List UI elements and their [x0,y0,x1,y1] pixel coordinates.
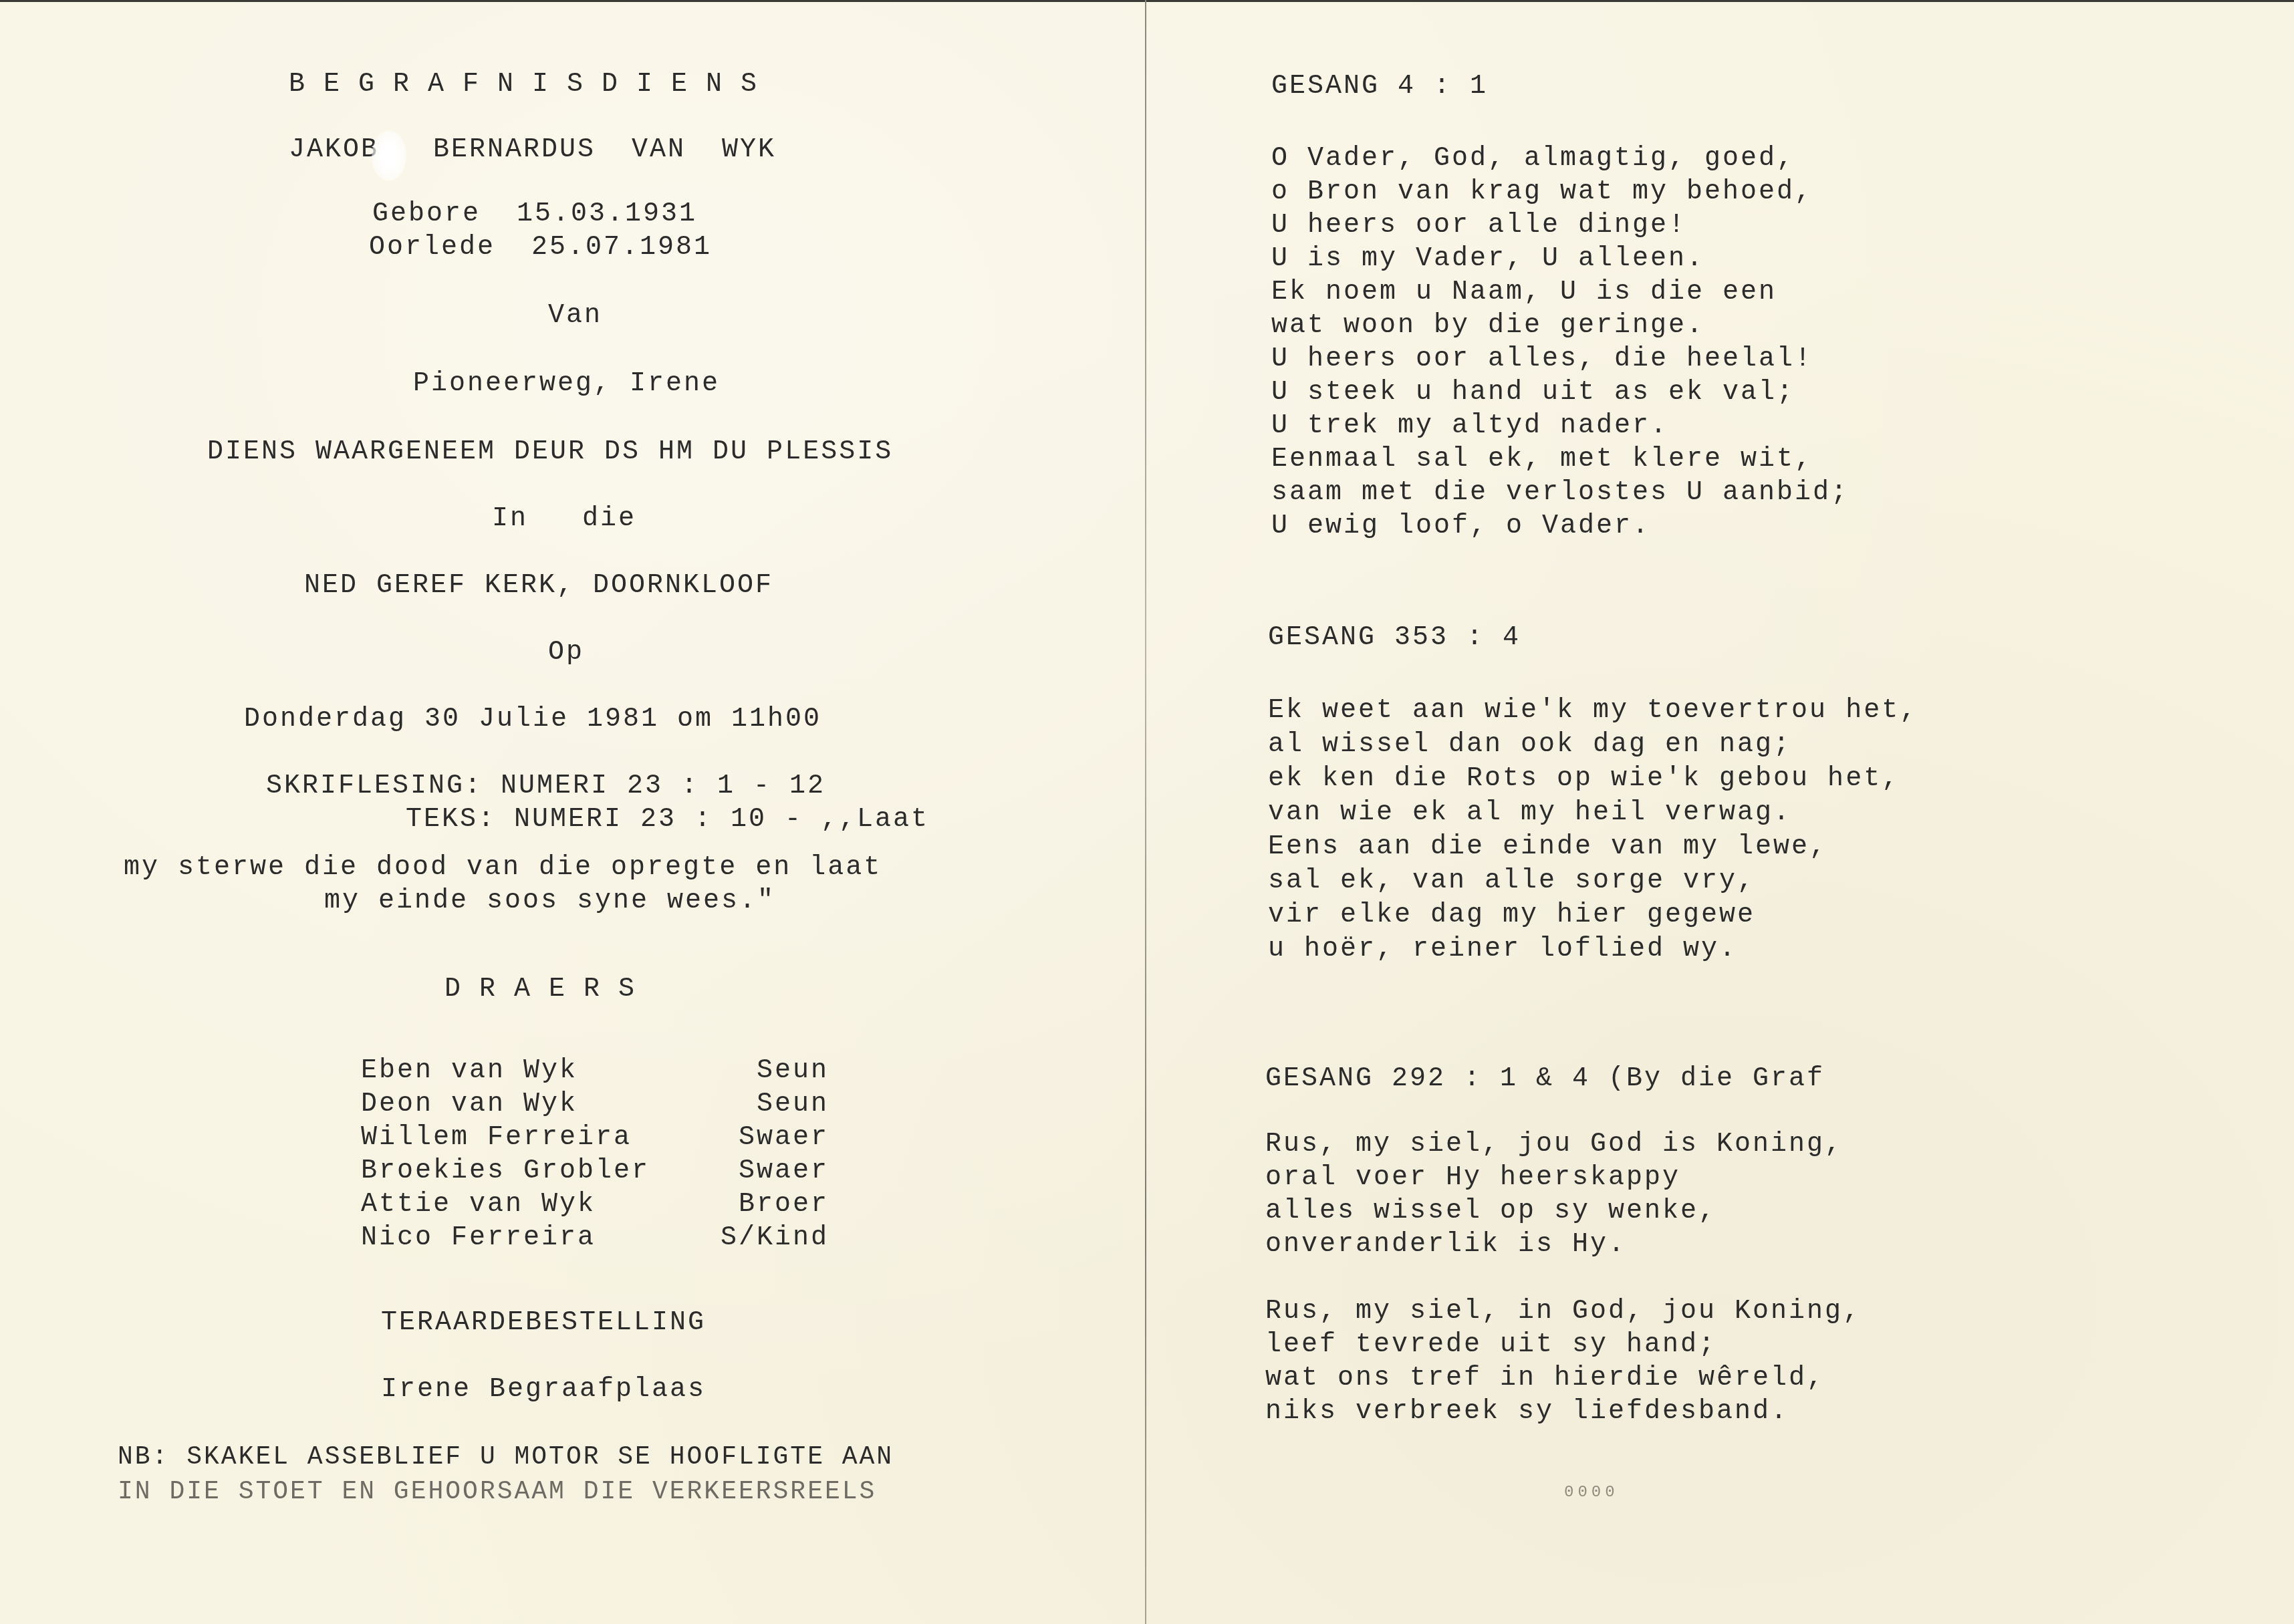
officiating-minister: DIENS WAARGENEEM DEUR DS HM DU PLESSIS [207,436,893,469]
bearer-row: Broekies GroblerSwaer [361,1155,829,1188]
deceased-name: JAKOB BERNARDUS VAN WYK [289,134,776,167]
hymn-title: GESANG 353 : 4 [1268,622,1918,655]
bearer-relation: Broer [739,1188,829,1222]
hymn: GESANG 292 : 1 & 4 (By die GrafRus, my s… [1265,1063,1861,1462]
verse-line: Ek noem u Naam, U is die een [1271,276,1849,309]
verse-line: niks verbreek sy liefdesband. [1265,1395,1861,1429]
traffic-notice-line-1: NB: SKAKEL ASSEBLIEF U MOTOR SE HOOFLIGT… [118,1441,894,1474]
verse-line: ek ken die Rots op wie'k gebou het, [1268,762,1918,796]
verse-line: U is my Vader, U alleen. [1271,243,1849,276]
bearer-row: Eben van WykSeun [361,1055,829,1088]
end-mark: 0000 [1564,1484,1619,1502]
bearer-relation: S/Kind [721,1222,829,1255]
verse-line: oral voer Hy heerskappy [1265,1162,1861,1195]
verse-line: Rus, my siel, jou God is Koning, [1265,1128,1861,1162]
left-page: BEGRAFNISDIENS JAKOB BERNARDUS VAN WYK G… [0,0,1145,1624]
correction-fluid-mark [372,130,406,181]
verse-line: sal ek, van alle sorge vry, [1268,864,1918,898]
document-title: BEGRAFNISDIENS [289,68,775,102]
verse-line: Ek weet aan wie'k my toevertrou het, [1268,694,1918,728]
verse-line: wat ons tref in hierdie wêreld, [1265,1362,1861,1395]
verse-line: O Vader, God, almagtig, goed, [1271,142,1849,176]
sermon-quote-line-2: my einde soos syne wees." [324,885,775,918]
bearer-row: Deon van WykSeun [361,1088,829,1121]
hymn: GESANG 353 : 4Ek weet aan wie'k my toeve… [1268,622,1918,1000]
verse-line: alles wissel op sy wenke, [1265,1195,1861,1228]
burial-heading: TERAARDEBESTELLING [381,1307,706,1340]
verse-line: U heers oor alles, die heelal! [1271,343,1849,376]
bearer-relation: Seun [757,1055,829,1088]
verse-line: van wie ek al my heil verwag. [1268,796,1918,830]
service-datetime: Donderdag 30 Julie 1981 om 11h00 [244,703,821,736]
verse-line: U trek my altyd nader. [1271,410,1849,443]
from-label: Van [548,299,602,333]
bearer-row: Nico FerreiraS/Kind [361,1222,829,1255]
hymn-title: GESANG 4 : 1 [1271,70,1849,104]
bearer-name: Attie van Wyk [361,1188,596,1222]
died-date: 25.07.1981 [531,233,712,263]
verse-line: U steek u hand uit as ek val; [1271,376,1849,410]
bearer-name: Eben van Wyk [361,1055,578,1088]
bearer-name: Broekies Grobler [361,1155,650,1188]
verse-line: U ewig loof, o Vader. [1271,510,1849,543]
died-label: Oorlede [369,233,495,263]
cemetery-name: Irene Begraafplaas [381,1373,706,1407]
birth-line: Gebore 15.03.1931 [372,198,697,231]
verse-line: al wissel dan ook dag en nag; [1268,728,1918,762]
hymn-verse: Ek weet aan wie'k my toevertrou het,al w… [1268,694,1918,966]
bearer-name: Willem Ferreira [361,1121,632,1155]
hymn: GESANG 4 : 1O Vader, God, almagtig, goed… [1271,70,1849,577]
bearers-heading: DRAERS [444,973,653,1006]
death-line: Oorlede 25.07.1981 [369,231,712,265]
verse-line: Rus, my siel, in God, jou Koning, [1265,1295,1861,1329]
verse-line: saam met die verlostes U aanbid; [1271,477,1849,510]
in-label: In die [492,503,636,536]
verse-line: vir elke dag my hier gegewe [1268,898,1918,932]
bearer-relation: Swaer [739,1121,829,1155]
document-sheet: BEGRAFNISDIENS JAKOB BERNARDUS VAN WYK G… [0,0,2294,1624]
bearers-list: Eben van WykSeunDeon van WykSeunWillem F… [361,1055,829,1255]
on-label: Op [548,636,584,670]
traffic-notice-line-2: IN DIE STOET EN GEHOORSAAM DIE VERKEERSR… [118,1476,876,1509]
born-date: 15.03.1931 [517,199,697,229]
verse-line: o Bron van krag wat my behoed, [1271,176,1849,209]
sermon-text-reference: TEKS: NUMERI 23 : 10 - ,,Laat [406,803,929,837]
verse-line: U heers oor alle dinge! [1271,209,1849,243]
verse-line: leef tevrede uit sy hand; [1265,1329,1861,1362]
verse-line: u hoër, reiner loflied wy. [1268,932,1918,966]
address: Pioneerweg, Irene [413,368,720,401]
church-name: NED GEREF KERK, DOORNKLOOF [304,569,773,603]
verse-line: wat woon by die geringe. [1271,309,1849,343]
hymn-verse: Rus, my siel, jou God is Koning,oral voe… [1265,1128,1861,1262]
sermon-quote-line-1: my sterwe die dood van die opregte en la… [124,851,882,885]
verse-line: Eens aan die einde van my lewe, [1268,830,1918,864]
bearer-relation: Seun [757,1088,829,1121]
verse-line: onveranderlik is Hy. [1265,1228,1861,1262]
verse-line: Eenmaal sal ek, met klere wit, [1271,443,1849,477]
hymn-title: GESANG 292 : 1 & 4 (By die Graf [1265,1063,1861,1096]
bearer-relation: Swaer [739,1155,829,1188]
bearer-row: Attie van WykBroer [361,1188,829,1222]
hymn-verse: O Vader, God, almagtig, goed,o Bron van … [1271,142,1849,543]
bearer-row: Willem FerreiraSwaer [361,1121,829,1155]
bearer-name: Nico Ferreira [361,1222,596,1255]
bearer-name: Deon van Wyk [361,1088,578,1121]
scripture-reading: SKRIFLESING: NUMERI 23 : 1 - 12 [266,770,825,803]
born-label: Gebore [372,199,481,229]
center-fold [1145,0,1146,1624]
hymn-verse: Rus, my siel, in God, jou Koning,leef te… [1265,1295,1861,1429]
